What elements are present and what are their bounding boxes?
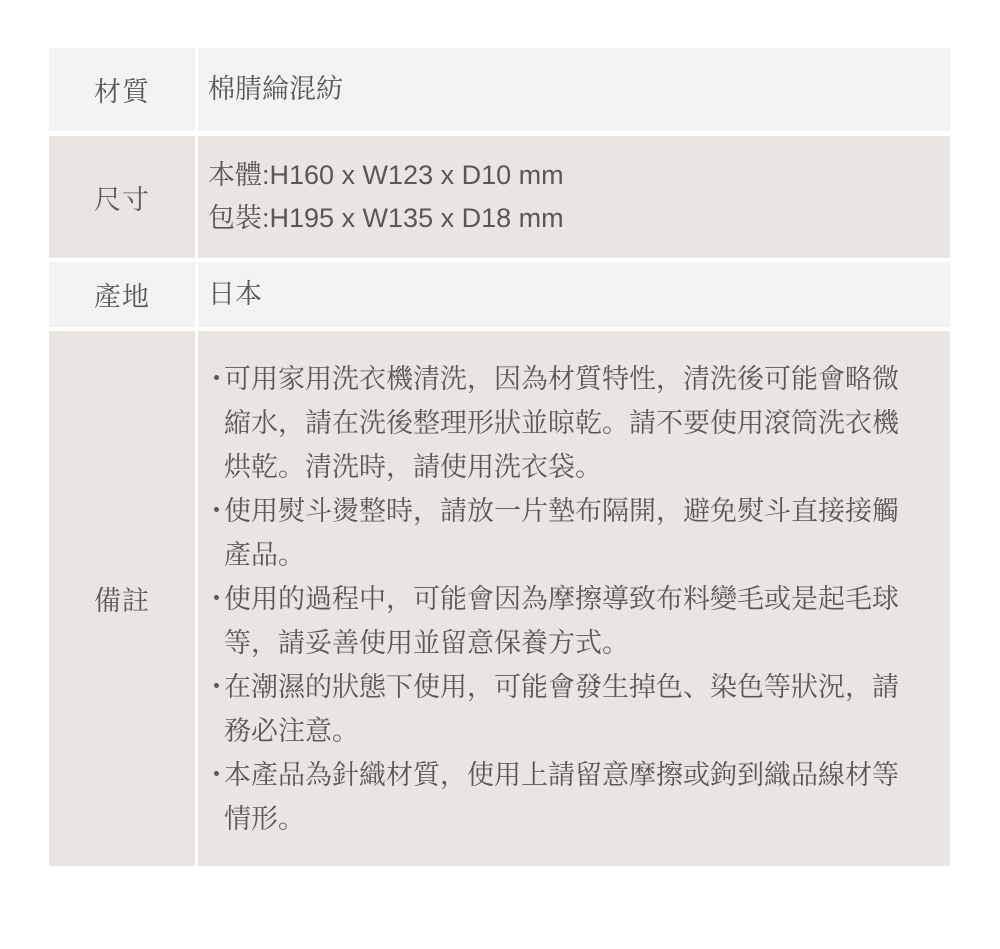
bullet-dot-icon: ・ (203, 753, 217, 841)
spec-row-size: 尺寸 本體:H160 x W123 x D10 mm 包裝:H195 x W13… (49, 136, 950, 258)
bullet-dot-icon: ・ (203, 665, 217, 753)
note-text-washing: 可用家用洗衣機清洗，因為材質特性，清洗後可能會略微縮水，請在洗後整理形狀並晾乾。… (224, 357, 904, 489)
origin-label: 產地 (49, 262, 195, 327)
note-text-wet-use: 在潮濕的狀態下使用，可能會發生掉色、染色等狀況，請務必注意。 (224, 665, 904, 753)
note-item: ・ 在潮濕的狀態下使用，可能會發生掉色、染色等狀況，請務必注意。 (210, 665, 904, 753)
material-value-cell: 棉腈綸混紡 (198, 48, 950, 131)
note-text-pilling: 使用的過程中，可能會因為摩擦導致布料變毛或是起毛球等，請妥善使用並留意保養方式。 (224, 577, 904, 665)
spec-row-origin: 產地 日本 (49, 262, 950, 327)
note-text-ironing: 使用熨斗燙整時，請放一片墊布隔開，避免熨斗直接接觸產品。 (224, 489, 904, 577)
product-spec-page: 材質 棉腈綸混紡 尺寸 本體:H160 x W123 x D10 mm 包裝:H… (0, 0, 1000, 949)
bullet-dot-icon: ・ (203, 577, 217, 665)
note-item: ・ 本產品為針織材質，使用上請留意摩擦或鉤到織品線材等情形。 (210, 753, 904, 841)
bullet-dot-icon: ・ (203, 357, 217, 489)
note-item: ・ 可用家用洗衣機清洗，因為材質特性，清洗後可能會略微縮水，請在洗後整理形狀並晾… (210, 357, 904, 489)
size-line-body: 本體:H160 x W123 x D10 mm (208, 154, 950, 197)
size-line-package: 包裝:H195 x W135 x D18 mm (208, 197, 950, 240)
note-item: ・ 使用熨斗燙整時，請放一片墊布隔開，避免熨斗直接接觸產品。 (210, 489, 904, 577)
note-item: ・ 使用的過程中，可能會因為摩擦導致布料變毛或是起毛球等，請妥善使用並留意保養方… (210, 577, 904, 665)
size-value-cell: 本體:H160 x W123 x D10 mm 包裝:H195 x W135 x… (198, 136, 950, 258)
bullet-dot-icon: ・ (203, 489, 217, 577)
notes-list: ・ 可用家用洗衣機清洗，因為材質特性，清洗後可能會略微縮水，請在洗後整理形狀並晾… (210, 357, 904, 841)
origin-value-cell: 日本 (198, 262, 950, 327)
notes-value-cell: ・ 可用家用洗衣機清洗，因為材質特性，清洗後可能會略微縮水，請在洗後整理形狀並晾… (198, 331, 950, 866)
size-label: 尺寸 (49, 136, 195, 258)
spec-table: 材質 棉腈綸混紡 尺寸 本體:H160 x W123 x D10 mm 包裝:H… (49, 48, 950, 866)
origin-value: 日本 (208, 273, 950, 316)
spec-row-notes: 備註 ・ 可用家用洗衣機清洗，因為材質特性，清洗後可能會略微縮水，請在洗後整理形… (49, 331, 950, 866)
spec-row-material: 材質 棉腈綸混紡 (49, 48, 950, 131)
notes-label: 備註 (49, 331, 195, 866)
material-label: 材質 (49, 48, 195, 131)
material-value: 棉腈綸混紡 (208, 68, 950, 111)
note-text-knit-caution: 本產品為針織材質，使用上請留意摩擦或鉤到織品線材等情形。 (224, 753, 904, 841)
